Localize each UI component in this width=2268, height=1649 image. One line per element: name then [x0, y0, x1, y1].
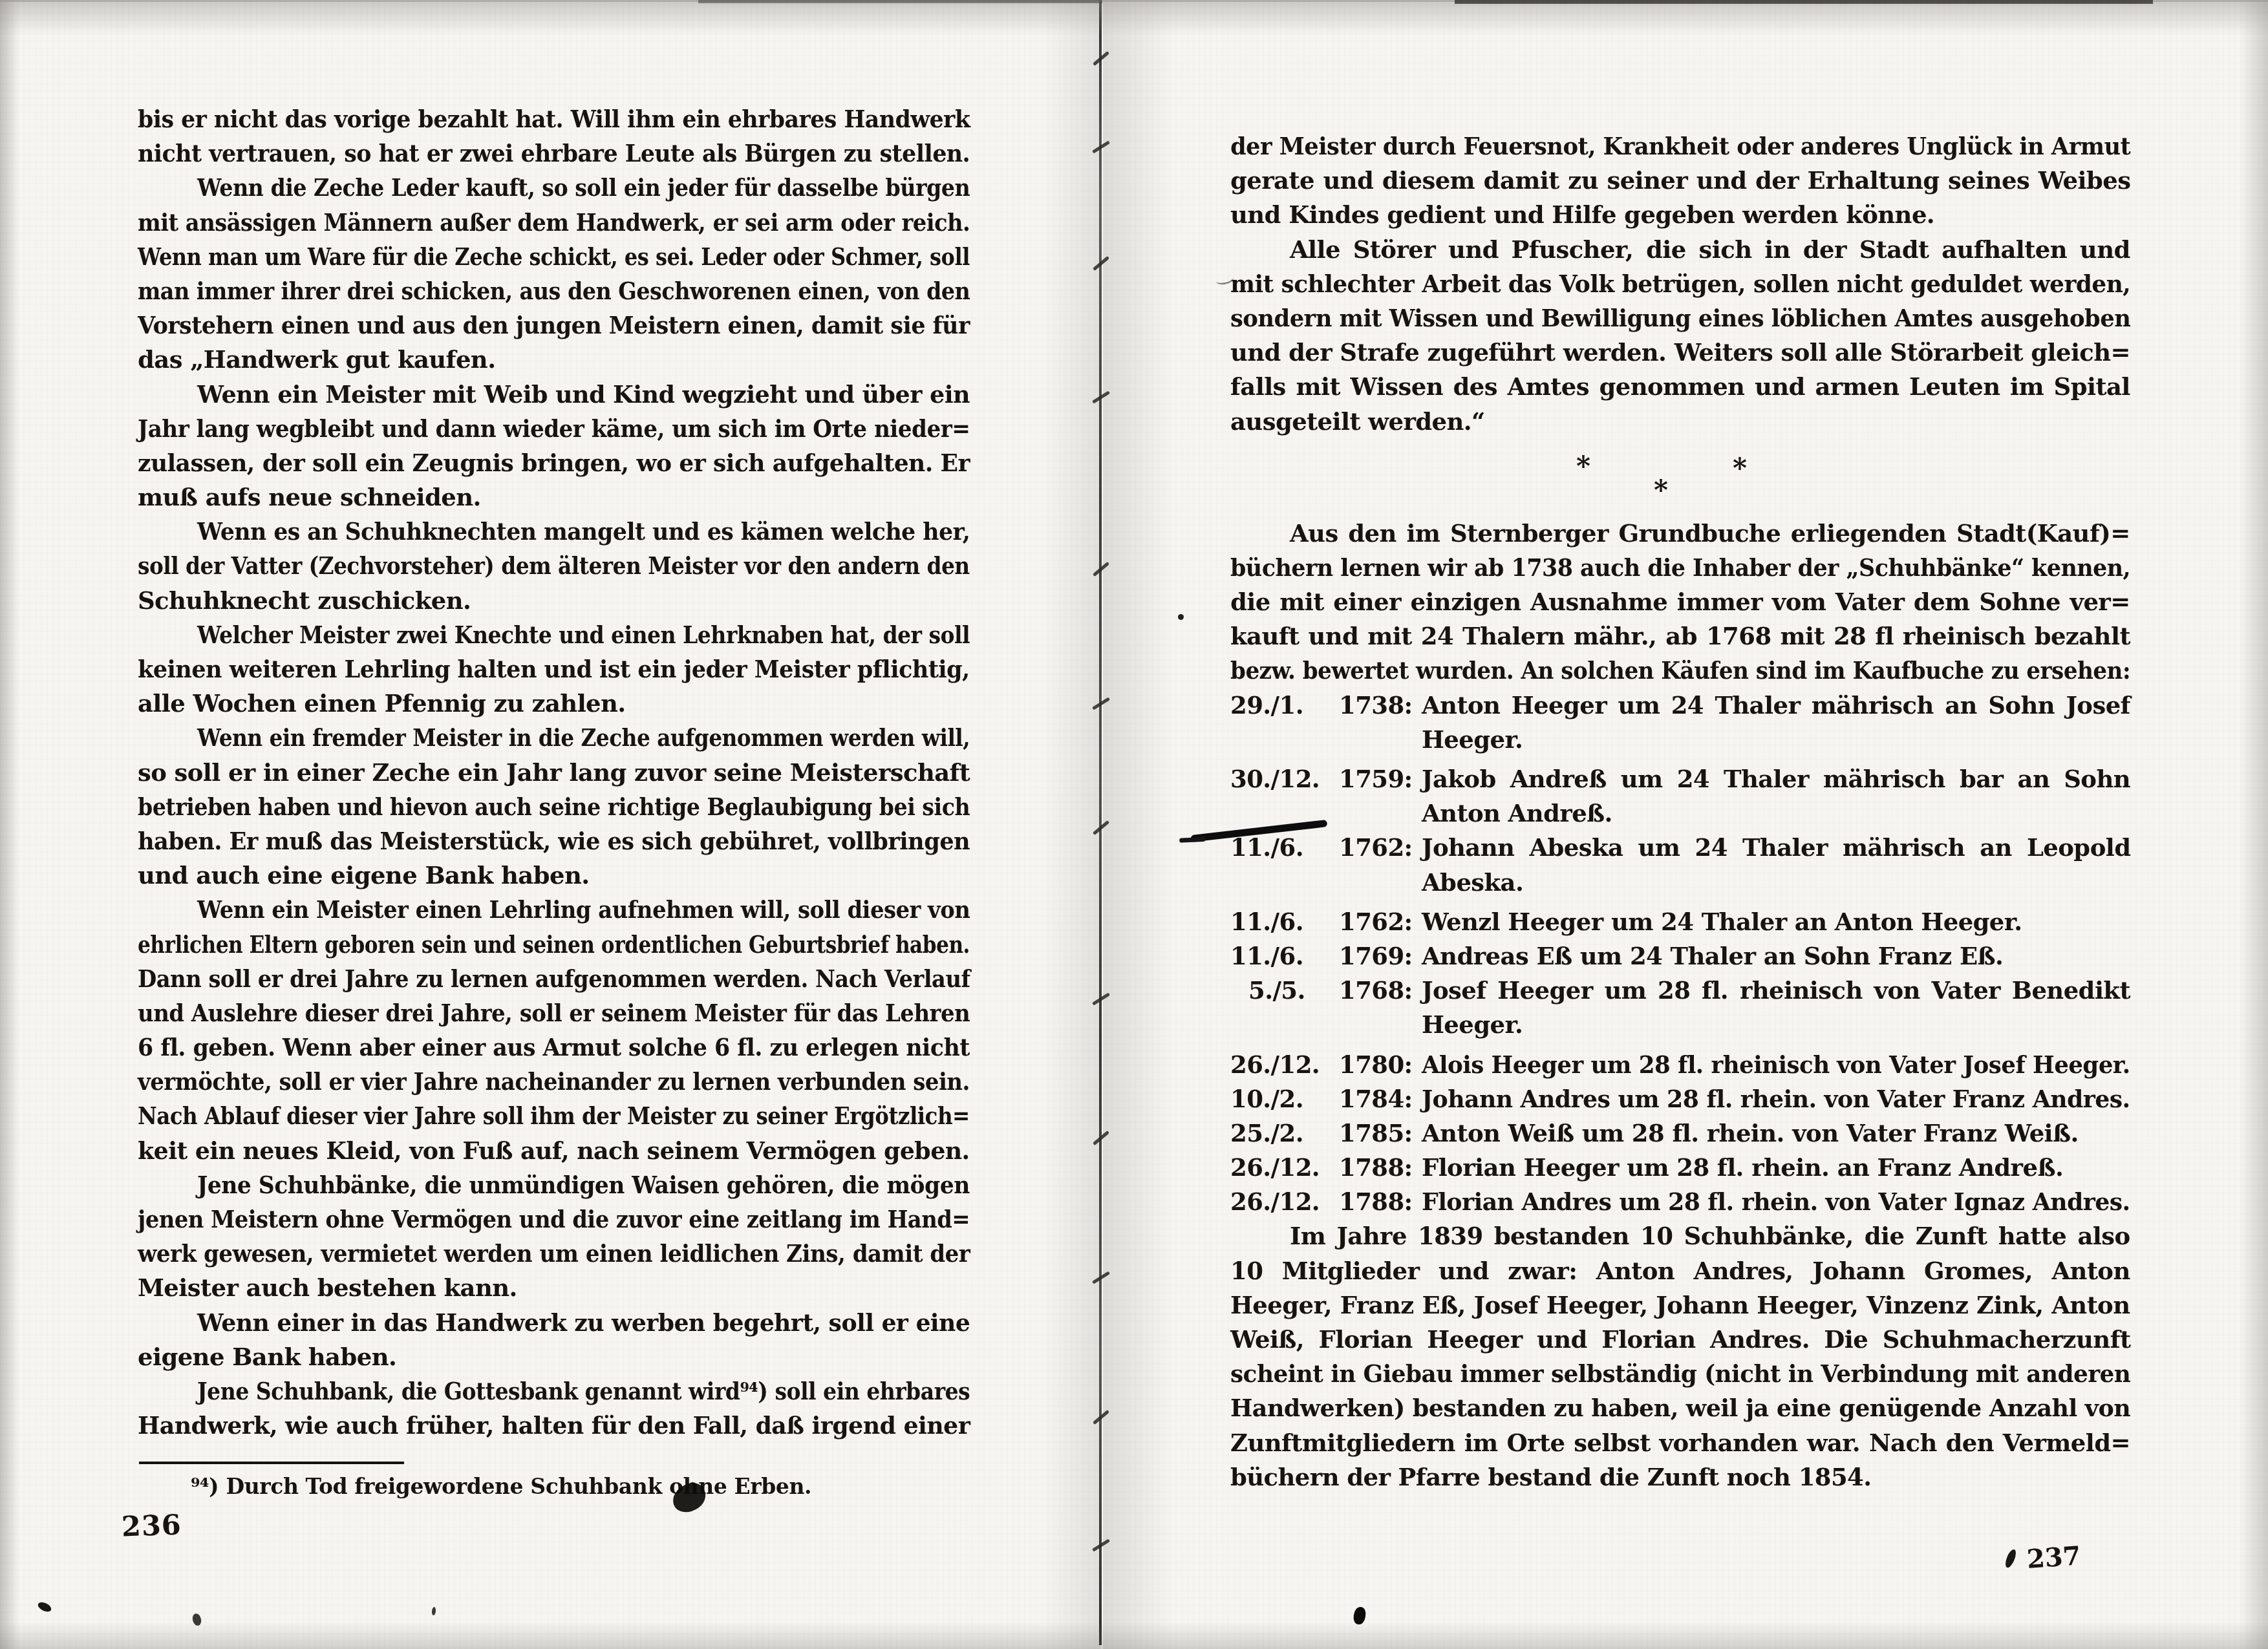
sale-record-row: 26./12. 1780: Alois Heeger um 28 fl. rhe… — [1230, 1048, 2130, 1082]
record-text: Anton Andreß. — [1422, 796, 1612, 831]
record-year: 1768: — [1339, 973, 1422, 1008]
record-text: Abeska. — [1422, 866, 1523, 900]
scan-edge-strip — [1455, 0, 2153, 4]
sale-record-row: 11./6. 1762: Wenzl Heeger um 24 Thaler a… — [1230, 905, 2130, 939]
sale-record-row: 26./12. 1788: Florian Heeger um 28 fl. r… — [1230, 1151, 2130, 1185]
text-line: betrieben haben und hievon auch seine ri… — [138, 790, 970, 824]
scan-edge-left — [0, 0, 19, 1649]
record-text: Johann Andres um 28 fl. rhein. von Vater… — [1422, 1082, 2130, 1116]
record-date: 30./12. — [1230, 762, 1339, 796]
record-text: Anton Weiß um 28 fl. rhein. von Vater Fr… — [1422, 1116, 2079, 1151]
ink-blot — [1353, 1606, 1367, 1626]
text-line: keinen weiteren Lehrling halten und ist … — [138, 652, 970, 686]
record-year: 1759: — [1339, 762, 1422, 796]
sale-record-row: Anton Andreß. — [1230, 796, 2130, 831]
record-text: Johann Abeska um 24 Thaler mährisch an L… — [1422, 831, 2130, 865]
text-line: und Auslehre dieser drei Jahre, soll er … — [138, 996, 970, 1030]
right-page: der Meister durch Feuersnot, Krankheit o… — [1230, 129, 2130, 1495]
text-line: mit ansässigen Männern außer dem Handwer… — [138, 206, 970, 240]
sale-record-row: 25./2. 1785: Anton Weiß um 28 fl. rhein.… — [1230, 1116, 2130, 1151]
text-line: Schuhknecht zuschicken. — [138, 584, 970, 618]
text-line: Alle Störer und Pfuscher, die sich in de… — [1230, 233, 2130, 267]
record-date: 26./12. — [1230, 1151, 1339, 1185]
text-line: Welcher Meister zwei Knechte und einen L… — [138, 618, 970, 652]
text-line: büchern der Pfarre bestand die Zunft noc… — [1230, 1460, 2130, 1495]
text-line: Wenn ein fremder Meister in die Zeche au… — [138, 721, 970, 755]
text-line: ausgeteilt werden.“ — [1230, 405, 2130, 439]
text-line: gerate und diesem damit zu seiner und de… — [1230, 164, 2130, 198]
text-line: mit schlechter Arbeit das Volk betrügen,… — [1230, 267, 2130, 301]
record-text: Heeger. — [1422, 723, 1523, 757]
text-line: Jene Schuhbänke, die unmündigen Waisen g… — [138, 1168, 970, 1202]
section-divider: * * * — [1230, 439, 2130, 516]
footnote: ⁹⁴) Durch Tod freigewordene Schuhbank oh… — [191, 1474, 811, 1499]
sale-record-row: 10./2. 1784: Johann Andres um 28 fl. rhe… — [1230, 1082, 2130, 1116]
sale-record-row: 11./6. 1769: Andreas Eß um 24 Thaler an … — [1230, 939, 2130, 973]
sale-record-row: Abeska. — [1230, 866, 2130, 900]
text-line: scheint in Giebau immer selbständig (nic… — [1230, 1357, 2130, 1391]
text-line: Wenn ein Meister mit Weib und Kind wegzi… — [138, 378, 970, 412]
record-year: 1785: — [1339, 1116, 1422, 1151]
record-year — [1339, 723, 1422, 757]
text-line: und auch eine eigene Bank haben. — [138, 858, 970, 893]
ink-speck — [2004, 1548, 2018, 1569]
text-line: und der Strafe zugeführt werden. Weiters… — [1230, 335, 2130, 370]
text-line: ehrlichen Eltern geboren sein und seinen… — [138, 928, 970, 962]
record-date — [1230, 1008, 1339, 1042]
divider-asterisk: * — [1733, 452, 1747, 484]
record-date: 10./2. — [1230, 1082, 1339, 1116]
text-line: sondern mit Wissen und Bewilligung eines… — [1230, 301, 2130, 335]
record-year: 1784: — [1339, 1082, 1422, 1116]
text-line: Wenn die Zeche Leder kauft, so soll ein … — [138, 171, 970, 205]
record-date: 29./1. — [1230, 688, 1339, 723]
record-text: Florian Heeger um 28 fl. rhein. an Franz… — [1422, 1151, 2063, 1185]
record-year — [1339, 1008, 1422, 1042]
text-line: Aus den im Sternberger Grundbuche erlieg… — [1230, 516, 2130, 551]
text-line: man immer ihrer drei schicken, aus den G… — [138, 274, 970, 308]
text-line: Im Jahre 1839 bestanden 10 Schuhbänke, d… — [1230, 1219, 2130, 1253]
sale-record-row: 11./6. 1762: Johann Abeska um 24 Thaler … — [1230, 831, 2130, 865]
ink-speck — [36, 1601, 52, 1613]
text-line: eigene Bank haben. — [138, 1340, 970, 1374]
text-line: werk gewesen, vermietet werden um einen … — [138, 1237, 970, 1271]
record-date — [1230, 723, 1339, 757]
text-line: der Meister durch Feuersnot, Krankheit o… — [1230, 129, 2130, 164]
text-line: haben. Er muß das Meisterstück, wie es s… — [138, 824, 970, 858]
text-line: Handwerk, wie auch früher, halten für de… — [138, 1409, 970, 1443]
record-text: Alois Heeger um 28 fl. rheinisch von Vat… — [1422, 1048, 2130, 1082]
text-line: und Kindes gedient und Hilfe gegeben wer… — [1230, 198, 2130, 232]
text-line: Jene Schuhbank, die Gottesbank genannt w… — [138, 1374, 970, 1409]
scan-edge-strip — [698, 0, 1102, 3]
sale-record-row: 29./1. 1738: Anton Heeger um 24 Thaler m… — [1230, 688, 2130, 723]
sale-record-row: 5./5. 1768: Josef Heeger um 28 fl. rhein… — [1230, 973, 2130, 1008]
left-page: bis er nicht das vorige bezahlt hat. Wil… — [138, 102, 970, 1443]
text-line: soll der Vatter (Zechvorsteher) dem älte… — [138, 549, 970, 583]
record-date — [1230, 866, 1339, 900]
book-scan-spread: bis er nicht das vorige bezahlt hat. Wil… — [0, 0, 2268, 1649]
text-line: Heeger, Franz Eß, Josef Heeger, Johann H… — [1230, 1288, 2130, 1323]
record-year — [1339, 866, 1422, 900]
ink-speck — [191, 1613, 202, 1627]
binding-gutter-shadow — [1103, 0, 1174, 1649]
record-year: 1738: — [1339, 688, 1422, 723]
ink-speck — [431, 1607, 436, 1616]
record-text: Heeger. — [1422, 1008, 1523, 1042]
record-year: 1780: — [1339, 1048, 1422, 1082]
text-line: Zunftmitgliedern im Orte selbst vorhande… — [1230, 1426, 2130, 1460]
divider-asterisk: * — [1654, 474, 1668, 506]
text-line: so soll er in einer Zeche ein Jahr lang … — [138, 756, 970, 790]
divider-asterisk: * — [1576, 451, 1590, 482]
text-line: 6 fl. geben. Wenn aber einer aus Armut s… — [138, 1030, 970, 1065]
text-line: Handwerken) bestanden zu haben, weil ja … — [1230, 1391, 2130, 1425]
record-date: 11./6. — [1230, 831, 1339, 865]
text-line: büchern lernen wir ab 1738 auch die Inha… — [1230, 551, 2130, 585]
record-date: 26./12. — [1230, 1048, 1339, 1082]
record-year — [1339, 796, 1422, 831]
text-line: kauft und mit 24 Thalern mähr., ab 1768 … — [1230, 619, 2130, 654]
text-line: nicht vertrauen, so hat er zwei ehrbare … — [138, 136, 970, 171]
text-line: Weiß, Florian Heeger und Florian Andres.… — [1230, 1323, 2130, 1357]
page-number: 237 — [2026, 1540, 2082, 1575]
text-line: Vorstehern einen und aus den jungen Meis… — [138, 308, 970, 343]
text-line: alle Wochen einen Pfennig zu zahlen. — [138, 686, 970, 721]
record-date: 5./5. — [1230, 973, 1339, 1008]
text-line: muß aufs neue schneiden. — [138, 480, 970, 515]
text-line: das „Handwerk gut kaufen. — [138, 343, 970, 377]
text-line: falls mit Wissen des Amtes genommen und … — [1230, 370, 2130, 404]
text-line: Jahr lang wegbleibt und dann wieder käme… — [138, 412, 970, 446]
text-line: Wenn ein Meister einen Lehrling aufnehme… — [138, 893, 970, 927]
sale-record-row: 26./12. 1788: Florian Andres um 28 fl. r… — [1230, 1185, 2130, 1219]
text-line: die mit einer einzigen Ausnahme immer vo… — [1230, 585, 2130, 619]
record-date: 25./2. — [1230, 1116, 1339, 1151]
record-year: 1788: — [1339, 1151, 1422, 1185]
text-line: Wenn es an Schuhknechten mangelt und es … — [138, 515, 970, 549]
record-date: 11./6. — [1230, 939, 1339, 973]
text-line: Nach Ablauf dieser vier Jahre soll ihm d… — [138, 1099, 970, 1133]
scan-edge-right — [2240, 0, 2268, 1649]
record-date: 26./12. — [1230, 1185, 1339, 1219]
sale-record-row: Heeger. — [1230, 723, 2130, 757]
record-date: 11./6. — [1230, 905, 1339, 939]
text-line: 10 Mitglieder und zwar: Anton Andres, Jo… — [1230, 1254, 2130, 1288]
binding-gutter — [1099, 0, 1102, 1645]
text-line: keit ein neues Kleid, von Fuß auf, nach … — [138, 1134, 970, 1168]
text-line: jenen Meistern ohne Vermögen und die zuv… — [138, 1202, 970, 1237]
record-text: Josef Heeger um 28 fl. rheinisch von Vat… — [1422, 973, 2130, 1008]
ink-speck — [1178, 614, 1184, 620]
footnote-rule — [139, 1462, 404, 1464]
record-year: 1788: — [1339, 1185, 1422, 1219]
text-line: Wenn einer in das Handwerk zu werben beg… — [138, 1306, 970, 1340]
binding-gutter-shadow — [1041, 0, 1100, 1649]
record-text: Wenzl Heeger um 24 Thaler an Anton Heege… — [1422, 905, 2022, 939]
record-year: 1762: — [1339, 905, 1422, 939]
text-line: zulassen, der soll ein Zeugnis bringen, … — [138, 446, 970, 480]
record-year: 1762: — [1339, 831, 1422, 865]
page-number: 236 — [121, 1509, 182, 1543]
text-line: Dann soll er drei Jahre zu lernen aufgen… — [138, 962, 970, 996]
text-line: bis er nicht das vorige bezahlt hat. Wil… — [138, 102, 970, 136]
record-text: Jakob Andreß um 24 Thaler mährisch bar a… — [1422, 762, 2130, 796]
text-line: vermöchte, soll er vier Jahre nacheinand… — [138, 1065, 970, 1099]
sale-record-row: Heeger. — [1230, 1008, 2130, 1042]
text-line: Meister auch bestehen kann. — [138, 1271, 970, 1305]
record-year: 1769: — [1339, 939, 1422, 973]
sale-record-row: 30./12. 1759: Jakob Andreß um 24 Thaler … — [1230, 762, 2130, 796]
text-line: Wenn man um Ware für die Zeche schickt, … — [138, 240, 970, 274]
text-line: bezw. bewertet wurden. An solchen Käufen… — [1230, 654, 2130, 688]
record-text: Florian Andres um 28 fl. rhein. von Vate… — [1422, 1185, 2130, 1219]
record-text: Andreas Eß um 24 Thaler an Sohn Franz Eß… — [1422, 939, 2003, 973]
record-text: Anton Heeger um 24 Thaler mährisch an So… — [1422, 688, 2130, 723]
